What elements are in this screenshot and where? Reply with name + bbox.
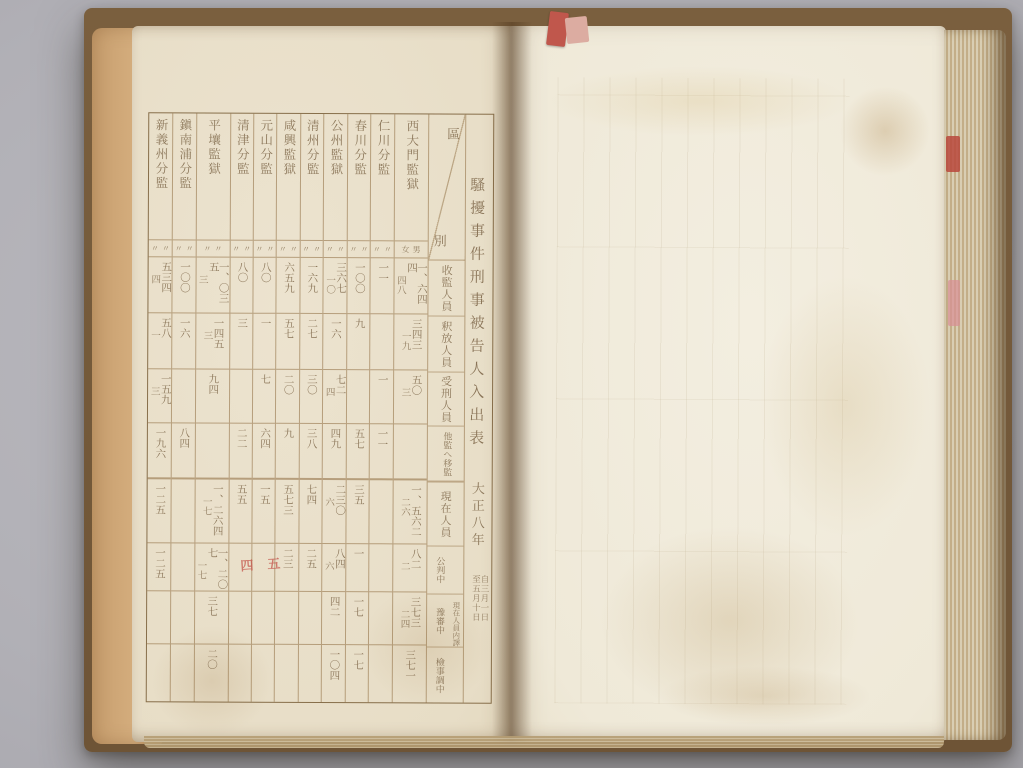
count-cell — [369, 592, 392, 645]
male-count: 七 — [259, 374, 269, 423]
female-mark: 〃 — [255, 243, 263, 254]
count-cell: 三七一 — [392, 645, 425, 700]
count-cell: 二二 — [229, 424, 252, 480]
count-cell: 五五 — [229, 480, 252, 544]
gender-subheader: 〃 〃 — [173, 240, 195, 257]
male-count: 一二五 — [154, 547, 164, 590]
count-cell: 九四 — [196, 369, 229, 423]
count-cell: 八〇 — [230, 258, 253, 314]
male-mark: 〃 — [337, 244, 345, 255]
count-cell: 一、二〇七一七 — [195, 543, 228, 591]
count-cell: 三七 — [195, 591, 228, 644]
page-title-block: 騷擾事件刑事被告人入出表 大正八年 自三月一日至五月十日 — [467, 177, 489, 629]
paper-stain — [660, 666, 870, 726]
male-count: 一一 — [376, 428, 386, 478]
male-count: 五七 — [283, 318, 293, 369]
gender-subheader: 〃 〃 — [149, 240, 172, 257]
count-cell: 三七三二四 — [393, 592, 426, 645]
open-book: 騷擾事件刑事被告人入出表 大正八年 自三月一日至五月十日 區 別 收監人員 釈放… — [84, 8, 1012, 752]
male-count: 三 — [236, 318, 246, 369]
gender-subheader: 〃 〃 — [230, 241, 252, 258]
male-count: 五八 — [160, 317, 170, 368]
count-cell: 一、五六二二六 — [393, 480, 427, 544]
count-cell — [275, 592, 298, 645]
count-cell: 四二 — [322, 592, 345, 645]
prison-name: 公州監獄 — [329, 119, 342, 240]
male-count: 八四 — [334, 548, 344, 591]
male-count: 五七 — [353, 428, 363, 478]
male-count: 一、二六四 — [212, 484, 222, 543]
male-count: 二三〇 — [334, 484, 344, 543]
male-count: 五五 — [235, 484, 245, 543]
gender-subheader: 〃 〃 — [277, 241, 299, 258]
female-mark: 〃 — [151, 243, 159, 254]
gender-subheader: 〃 〃 — [254, 241, 276, 258]
count-cell — [230, 370, 253, 424]
count-cell: 一六九 — [300, 258, 323, 314]
female-count: 一七 — [202, 496, 211, 542]
count-cell: 一五 — [253, 480, 276, 544]
female-mark: 〃 — [326, 244, 334, 255]
table-title-column: 騷擾事件刑事被告人入出表 大正八年 自三月一日至五月十日 — [464, 115, 494, 703]
female-mark: 〃 — [373, 244, 381, 255]
paper-stain — [550, 66, 850, 136]
book-gutter-shadow — [492, 22, 532, 746]
count-cell: 一九六 — [148, 423, 172, 479]
count-cell — [299, 592, 322, 645]
male-count: 一九六 — [154, 427, 164, 477]
count-cell: 一、六四四四八 — [394, 258, 427, 314]
female-count: 三 — [400, 387, 409, 423]
female-count: 二 — [400, 561, 409, 591]
page-title: 騷擾事件刑事被告人入出表 — [467, 177, 486, 453]
prison-name: 平壤監獄 — [207, 119, 220, 240]
female-count: 三 — [202, 330, 211, 368]
male-count: 一四五 — [212, 318, 222, 369]
male-count: 八〇 — [260, 262, 270, 313]
gender-subheader: 〃 〃 — [300, 241, 322, 258]
count-cell: 五七三 — [276, 480, 299, 544]
count-cell — [370, 544, 392, 592]
count-cell: 一六 — [323, 314, 347, 370]
count-cell — [195, 423, 228, 479]
count-cell: 三六七一〇 — [323, 258, 347, 314]
count-cell — [275, 645, 298, 700]
count-cell: 二三〇六 — [322, 480, 346, 544]
prison-name: 元山分監 — [259, 119, 272, 240]
count-cell — [393, 424, 426, 480]
female-count: 四八 — [396, 275, 405, 313]
male-count: 一六 — [330, 318, 340, 369]
female-count: 一 — [150, 330, 159, 368]
male-count: 九 — [354, 318, 364, 369]
count-cell — [252, 592, 275, 645]
paper-stain — [840, 86, 930, 176]
male-count: 八〇 — [236, 262, 246, 313]
male-count: 三七三 — [409, 596, 419, 644]
female-mark: 〃 — [350, 244, 358, 255]
count-cell — [369, 645, 392, 700]
pink-edge-mark — [948, 280, 960, 326]
female-count: 一〇 — [325, 275, 334, 313]
count-cell — [172, 369, 195, 423]
prisoner-table: 騷擾事件刑事被告人入出表 大正八年 自三月一日至五月十日 區 別 收監人員 釈放… — [146, 112, 495, 704]
male-count: 二〇 — [206, 649, 216, 700]
male-count: 一六九 — [306, 262, 316, 313]
corner-label-bottom: 別 — [434, 230, 447, 249]
count-cell: 七四 — [299, 480, 322, 544]
left-page: 騷擾事件刑事被告人入出表 大正八年 自三月一日至五月十日 區 別 收監人員 釈放… — [132, 26, 512, 742]
female-count: 二四 — [399, 609, 408, 644]
count-cell: 四九 — [323, 424, 347, 480]
prison-name: 新義州分監 — [154, 118, 167, 239]
count-cell — [252, 645, 275, 700]
count-cell: 九 — [347, 314, 370, 370]
count-cell: 八〇 — [254, 258, 277, 314]
female-count: 四 — [150, 274, 159, 312]
prison-column: 春川分監 〃 〃 一〇〇九五七三五一一七一七 — [346, 114, 372, 702]
count-cell: 一〇四 — [322, 645, 346, 700]
count-cell: 八二二 — [393, 544, 426, 592]
male-mark: 〃 — [243, 243, 251, 254]
male-count: 一、二〇七 — [206, 548, 226, 591]
prison-name: 仁川分監 — [376, 119, 389, 240]
corner-header: 區 別 — [429, 114, 466, 260]
male-count: 五〇 — [410, 374, 420, 423]
male-mark: 〃 — [290, 243, 298, 254]
row-label: 豫審中 — [434, 607, 443, 634]
count-cell — [229, 645, 252, 700]
male-count: 三七 — [206, 596, 216, 644]
male-count: 一、〇三五 — [208, 262, 228, 313]
male-count: 一〇〇 — [179, 261, 189, 312]
male-count: 一、五六二 — [410, 484, 420, 543]
count-cell — [172, 479, 195, 543]
count-cell: 一〇〇 — [348, 258, 371, 314]
count-cell: 三五 — [347, 480, 370, 544]
male-count: 三七一 — [404, 649, 414, 700]
count-cell: 一七 — [346, 592, 369, 645]
gender-subheader: 〃 〃 — [324, 241, 347, 258]
prison-column: 鎭南浦分監 〃 〃 一〇〇一六八四 — [171, 113, 197, 701]
count-cell — [171, 644, 194, 699]
count-cell — [171, 543, 193, 591]
count-cell — [171, 591, 194, 644]
count-cell — [229, 592, 252, 645]
male-count: 一 — [353, 548, 363, 591]
female-mark: 〃 — [279, 243, 287, 254]
male-count: 一七 — [352, 596, 362, 644]
male-count: 一二五 — [154, 483, 164, 542]
male-count: 三〇 — [306, 374, 316, 423]
count-cell: 三八 — [299, 424, 322, 480]
female-mark: 〃 — [175, 243, 183, 254]
female-mark: 〃 — [232, 243, 240, 254]
male-count: 一六 — [179, 317, 189, 368]
male-count: 五三四 — [160, 261, 170, 312]
female-count: 三 — [198, 274, 207, 312]
count-cell: 七二四 — [323, 370, 347, 424]
male-count: 二七 — [306, 318, 316, 369]
row-label: 他監へ移監 — [441, 431, 450, 476]
male-count: 五七三 — [282, 484, 292, 543]
count-cell: 一〇〇 — [173, 257, 196, 313]
count-cell: 八四六 — [322, 544, 345, 592]
prison-column: 公州監獄 〃 〃 三六七一〇一六七二四四九二三〇六八四六四二一〇四 — [322, 114, 349, 702]
count-cell: 一六 — [172, 313, 195, 369]
male-count: 一一 — [377, 262, 387, 313]
prison-column: 清津分監 〃 〃 八〇三二二五五 — [229, 114, 255, 702]
female-count: 一七 — [196, 560, 205, 590]
male-count: 三五 — [353, 484, 363, 543]
male-count: 九 — [282, 428, 292, 478]
female-count: 一九 — [401, 331, 410, 369]
bottom-page-edges — [144, 736, 944, 748]
count-cell: 二〇 — [194, 644, 227, 699]
count-cell: 一二五 — [147, 479, 171, 543]
male-mark: 〃 — [214, 243, 222, 254]
count-cell: 二七 — [300, 314, 323, 370]
male-count: 一 — [259, 318, 269, 369]
count-cell: 一 — [253, 314, 276, 370]
female-count: 三 — [150, 386, 159, 422]
count-cell: 三〇 — [300, 370, 323, 424]
gender-subheader: 〃 〃 — [348, 241, 370, 258]
female-count: 六 — [324, 561, 333, 591]
count-cell — [298, 645, 321, 700]
male-count: 四二 — [329, 596, 339, 644]
date-range: 自三月一日至五月十日 — [471, 575, 488, 629]
male-count: 七二 — [335, 374, 345, 423]
prison-column: 西大門監獄 男 女 一、六四四四八三四三一九五〇三一、五六二二六八二二三七三二四… — [392, 114, 429, 702]
male-count: 九四 — [207, 374, 217, 423]
paper-stain — [760, 276, 930, 536]
male-count: 六四 — [259, 428, 269, 478]
male-count: 四九 — [329, 428, 339, 478]
count-cell: 六五九 — [277, 258, 300, 314]
prison-name: 西大門監獄 — [405, 119, 418, 240]
male-mark: 〃 — [162, 243, 170, 254]
male-count: 六五九 — [283, 262, 293, 313]
male-count: 二三 — [282, 548, 292, 591]
count-cell: 八四 — [172, 423, 195, 479]
male-count: 一五 — [259, 484, 269, 543]
female-count: 二六 — [400, 497, 409, 543]
male-count: 一〇〇 — [354, 262, 364, 313]
male-count: 一五九 — [160, 373, 170, 422]
female-mark: 〃 — [302, 243, 310, 254]
male-count: 二〇 — [282, 374, 292, 423]
gender-subheader: 〃 〃 — [196, 240, 229, 257]
count-cell: 一七 — [346, 645, 369, 700]
pink-bookmark-tab — [565, 16, 590, 44]
prison-name: 咸興監獄 — [282, 119, 295, 240]
male-count: 七四 — [305, 484, 315, 543]
male-count: 八二 — [410, 548, 420, 591]
male-count: 一 — [377, 374, 387, 423]
gender-subheader: 男 女 — [394, 241, 427, 258]
male-count: 三八 — [306, 428, 316, 478]
count-cell — [147, 644, 171, 699]
row-label: 檢事調中 — [434, 657, 443, 693]
prison-name: 清津分監 — [235, 119, 248, 240]
female-mark: 女 — [402, 244, 410, 255]
male-mark: 男 — [413, 244, 421, 255]
row-label: 公判中 — [434, 557, 443, 584]
count-cell: 五〇三 — [394, 370, 427, 424]
count-cell: 九 — [276, 424, 299, 480]
female-count: 六 — [324, 497, 333, 543]
prison-name: 春川分監 — [353, 119, 366, 240]
count-cell — [347, 370, 370, 424]
count-cell: 五八一 — [148, 313, 172, 369]
right-page — [510, 26, 946, 742]
count-cell: 六四 — [253, 424, 276, 480]
count-cell: 一 — [346, 544, 368, 592]
male-mark: 〃 — [313, 243, 321, 254]
female-mark: 〃 — [203, 243, 211, 254]
male-mark: 〃 — [361, 244, 369, 255]
breakdown-bracket-label: 現在人員内譯 — [450, 548, 463, 701]
count-cell: 一、二六四一七 — [195, 479, 229, 543]
count-cell: 三 — [230, 314, 253, 370]
count-cell: 一二五 — [147, 543, 170, 591]
male-mark: 〃 — [384, 244, 392, 255]
red-edge-mark — [946, 136, 960, 172]
count-cell — [147, 591, 170, 644]
era-label: 大正八年 — [469, 482, 484, 550]
male-count: 二五 — [305, 548, 315, 591]
male-count: 三四三 — [411, 318, 421, 369]
corner-label-top: 區 — [447, 124, 460, 143]
count-cell — [370, 480, 393, 544]
count-cell: 一五九三 — [148, 369, 172, 423]
count-cell: 五七 — [277, 314, 300, 370]
count-cell: 一一 — [370, 424, 393, 480]
count-cell: 二五 — [299, 544, 321, 592]
male-count: 八四 — [178, 427, 188, 477]
male-mark: 〃 — [266, 243, 274, 254]
male-count: 三六七 — [335, 262, 345, 313]
prison-column: 清州分監 〃 〃 一六九二七三〇三八七四二五 — [298, 114, 324, 702]
count-cell: 一四五三 — [196, 313, 229, 369]
count-cell: 一 — [370, 370, 393, 424]
count-cell: 一一 — [371, 258, 394, 314]
prison-name: 鎭南浦分監 — [178, 118, 191, 239]
count-cell: 一、〇三五三 — [196, 257, 229, 313]
male-mark: 〃 — [186, 243, 194, 254]
male-count: 一、六四四 — [406, 262, 426, 313]
male-count: 二二 — [236, 428, 246, 478]
count-cell: 五七 — [347, 424, 370, 480]
prison-column: 咸興監獄 〃 〃 六五九五七二〇九五七三二三 — [275, 114, 301, 702]
count-cell — [371, 314, 394, 370]
row-label: 收監人員 — [441, 264, 452, 312]
male-count: 一七 — [352, 649, 362, 700]
gender-subheader: 〃 〃 — [371, 241, 393, 258]
row-label: 現在人員 — [440, 490, 451, 538]
male-count: 一〇四 — [328, 649, 338, 700]
count-cell: 七 — [253, 370, 276, 424]
count-cell: 五三四四 — [148, 257, 172, 313]
prison-column: 平壤監獄 〃 〃 一、〇三五三一四五三九四一、二六四一七一、二〇七一七三七二〇 — [194, 113, 231, 701]
female-count: 四 — [325, 387, 334, 423]
prison-column: 仁川分監 〃 〃 一一一一一 — [369, 114, 395, 702]
count-cell: 三四三一九 — [394, 314, 427, 370]
prison-column: 元山分監 〃 〃 八〇一七六四一五 — [252, 114, 278, 702]
prison-name: 清州分監 — [305, 119, 318, 240]
row-label: 釈放人員 — [441, 320, 452, 368]
row-label: 受刑人員 — [440, 375, 451, 423]
prison-column: 新義州分監 〃 〃 五三四四五八一一五九三一九六一二五一二五 — [147, 113, 174, 701]
count-cell: 二〇 — [276, 370, 299, 424]
